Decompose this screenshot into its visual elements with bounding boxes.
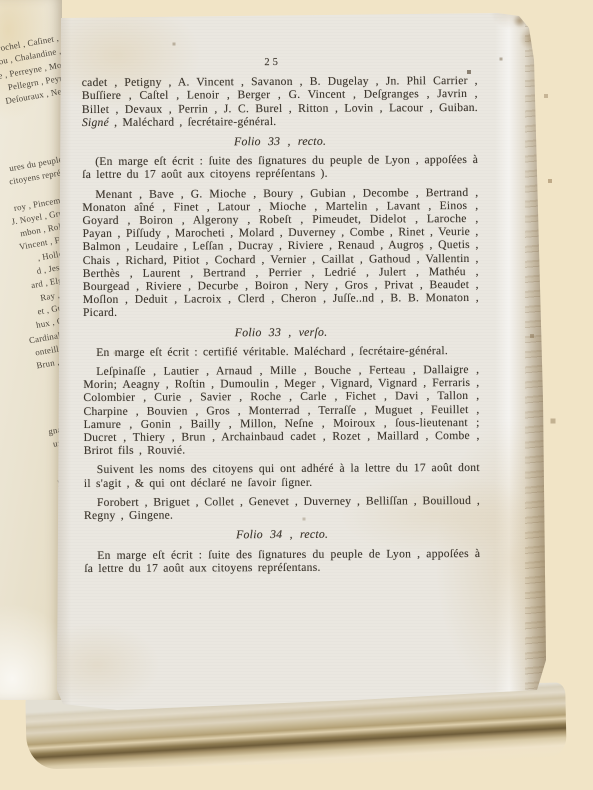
secretary-attribution: , Maléchard , ſecrétaire-général.	[109, 115, 277, 129]
adherents-intro-note: Suivent les noms des citoyens qui ont ad…	[84, 461, 480, 489]
signatures-folio33-verso: Leſpinaſſe , Lautier , Arnaud , Mille , …	[83, 363, 479, 457]
folio-33-recto-heading: Folio 33 , recto.	[82, 134, 478, 149]
paragraph-signatures-continued: cadet , Petigny , A. Vincent , Savanon ,…	[82, 74, 478, 129]
left-page-sliver: rrochel , Caſinet , Jobou , Chalandine ,…	[0, 0, 62, 700]
page-number: 25	[82, 55, 464, 70]
margin-note-folio33-recto: (En marge eſt écrit : ſuite des ſignatur…	[82, 153, 478, 181]
adherents-names: Forobert , Briguet , Collet , Genevet , …	[84, 494, 480, 522]
signe-word: Signé	[82, 116, 109, 129]
signature-names-run: cadet , Petigny , A. Vincent , Savanon ,…	[82, 74, 478, 115]
folio-33-verso-heading: Folio 33 , verſo.	[83, 325, 479, 340]
left-page-lines: rrochel , Caſinet , Jobou , Chalandine ,…	[0, 30, 62, 650]
folio-34-recto-heading: Folio 34 , recto.	[84, 527, 480, 542]
book-photograph: rrochel , Caſinet , Jobou , Chalandine ,…	[0, 0, 593, 790]
margin-note-folio33-verso: En marge eſt écrit : certifié véritable.…	[83, 344, 479, 359]
signatures-folio33-recto: Menant , Bave , G. Mioche , Boury , Gubi…	[82, 186, 479, 320]
page-text-block: 25 cadet , Petigny , A. Vincent , Savano…	[82, 55, 481, 581]
main-page: 25 cadet , Petigny , A. Vincent , Savano…	[57, 0, 551, 735]
margin-note-folio34-recto: En marge eſt écrit : ſuite des ſignature…	[84, 546, 480, 574]
